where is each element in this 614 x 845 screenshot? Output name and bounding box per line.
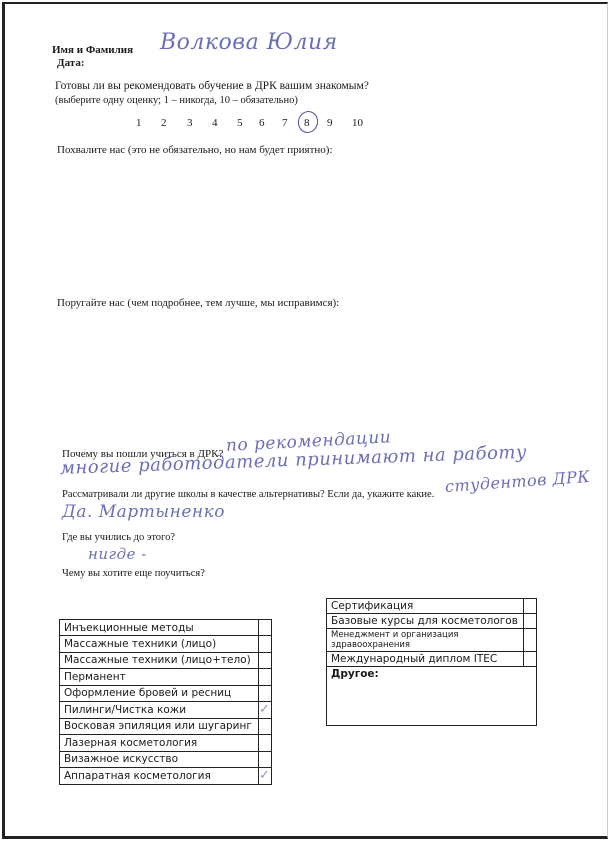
course-label: Лазерная косметология (60, 735, 259, 752)
score-option-3[interactable]: 3 (187, 117, 193, 129)
course-checkbox[interactable] (259, 620, 272, 636)
course-checkbox[interactable] (259, 652, 272, 669)
course-label: Пилинги/Чистка кожи (60, 702, 259, 719)
course-checkbox[interactable] (524, 599, 537, 614)
course-row: Визажное искусство (60, 751, 272, 768)
course-checkbox[interactable]: ✓ (259, 702, 272, 719)
course-row: Аппаратная косметология✓ (60, 768, 272, 785)
course-label: Визажное искусство (60, 751, 259, 768)
course-checkbox[interactable] (259, 669, 272, 686)
where-label: Где вы учились до этого? (62, 532, 175, 543)
course-checkbox[interactable] (524, 614, 537, 629)
courses-checklist-left: Инъекционные методыМассажные техники (ли… (59, 619, 272, 785)
course-row: Лазерная косметология (60, 735, 272, 752)
course-row: Менеджмент и организация здравоохранения (327, 629, 537, 652)
course-label: Оформление бровей и ресниц (60, 685, 259, 702)
other-label: Другое: (331, 668, 379, 680)
course-row: Перманент (60, 669, 272, 686)
course-row: Массажные техники (лицо) (60, 636, 272, 653)
alternatives-label: Рассматривали ли другие школы в качестве… (62, 489, 434, 500)
course-row: Международный диплом ITEC (327, 652, 537, 667)
course-label: Базовые курсы для косметологов (327, 614, 524, 629)
score-option-7[interactable]: 7 (282, 117, 288, 129)
course-label: Международный диплом ITEC (327, 652, 524, 667)
want-label: Чему вы хотите еще поучиться? (62, 568, 205, 579)
where-answer: нигде - (88, 545, 147, 563)
course-row: Инъекционные методы (60, 620, 272, 636)
other-row: Другое: (327, 667, 537, 726)
score-option-9[interactable]: 9 (327, 117, 333, 129)
score-option-2[interactable]: 2 (161, 117, 167, 129)
recommend-hint: (выберите одну оценку; 1 – никогда, 10 –… (55, 95, 298, 106)
course-checkbox[interactable] (259, 636, 272, 653)
course-row: Оформление бровей и ресниц (60, 685, 272, 702)
course-checkbox[interactable]: ✓ (259, 768, 272, 785)
name-value: Волкова Юлия (160, 30, 338, 55)
course-label: Менеджмент и организация здравоохранения (327, 629, 524, 652)
course-label: Аппаратная косметология (60, 768, 259, 785)
praise-answer-area[interactable] (57, 160, 537, 280)
course-row: Восковая эпиляция или шугаринг (60, 718, 272, 735)
name-label: Имя и Фамилия (52, 44, 133, 56)
recommend-question: Готовы ли вы рекомендовать обучение в ДР… (55, 80, 369, 92)
criticize-answer-area[interactable] (57, 313, 537, 433)
course-label: Восковая эпиляция или шугаринг (60, 718, 259, 735)
score-option-5[interactable]: 5 (237, 117, 243, 129)
criticize-label: Поругайте нас (чем подробнее, тем лучше,… (57, 297, 339, 309)
courses-checklist-right: СертификацияБазовые курсы для косметолог… (326, 598, 537, 726)
course-checkbox[interactable] (259, 751, 272, 768)
course-checkbox[interactable] (524, 652, 537, 667)
course-checkbox[interactable] (524, 629, 537, 652)
score-option-4[interactable]: 4 (212, 117, 218, 129)
course-label: Перманент (60, 669, 259, 686)
course-row: Пилинги/Чистка кожи✓ (60, 702, 272, 719)
course-row: Массажные техники (лицо+тело) (60, 652, 272, 669)
alternatives-answer: Да. Мартыненко (62, 502, 225, 522)
course-label: Массажные техники (лицо+тело) (60, 652, 259, 669)
course-label: Массажные техники (лицо) (60, 636, 259, 653)
course-row: Сертификация (327, 599, 537, 614)
course-checkbox[interactable] (259, 718, 272, 735)
score-option-6[interactable]: 6 (259, 117, 265, 129)
score-option-1[interactable]: 1 (136, 117, 142, 129)
course-checkbox[interactable] (259, 685, 272, 702)
other-field[interactable]: Другое: (327, 667, 537, 726)
praise-label: Похвалите нас (это не обязательно, но на… (57, 144, 333, 156)
check-mark-icon: ✓ (259, 702, 270, 717)
check-mark-icon: ✓ (259, 768, 270, 783)
course-label: Инъекционные методы (60, 620, 259, 636)
course-label: Сертификация (327, 599, 524, 614)
course-row: Базовые курсы для косметологов (327, 614, 537, 629)
course-checkbox[interactable] (259, 735, 272, 752)
date-label: Дата: (57, 57, 84, 69)
score-option-10[interactable]: 10 (352, 117, 363, 129)
